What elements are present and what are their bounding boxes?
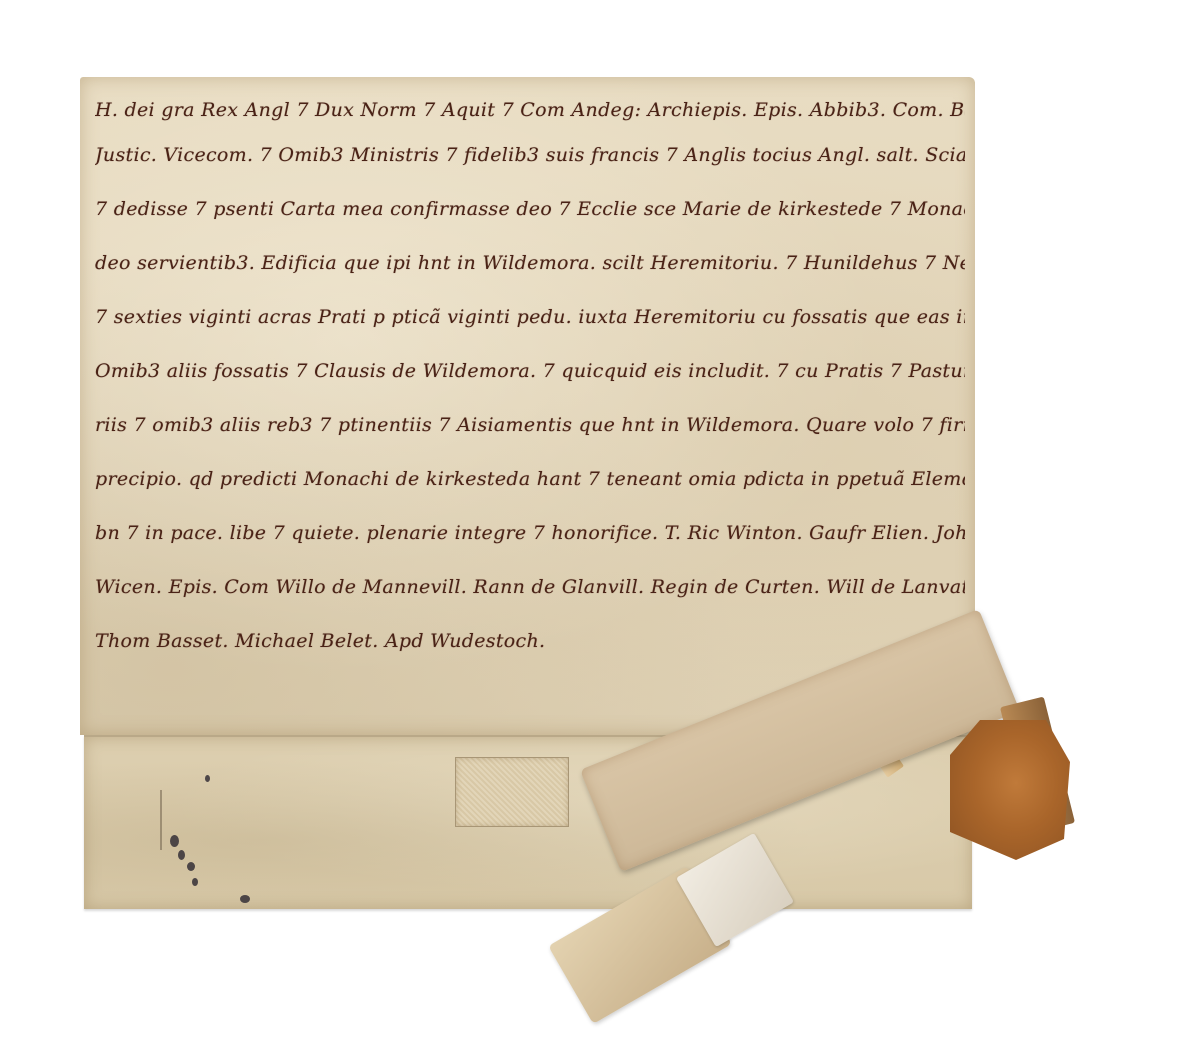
charter-line-6: Omib3 aliis fossatis 7 Clausis de Wildem… (95, 344, 965, 398)
ink-stain (187, 862, 195, 871)
ink-stain (192, 878, 198, 886)
charter-line-10: Wicen. Epis. Com Willo de Mannevill. Ran… (95, 560, 965, 614)
charter-line-7: riis 7 omib3 aliis reb3 7 ptinentiis 7 A… (95, 398, 965, 452)
charter-text: H. dei gra Rex Angl 7 Dux Norm 7 Aquit 7… (95, 80, 965, 668)
charter-line-4: deo servientib3. Edificia que ipi hnt in… (95, 236, 965, 290)
charter-line-3: 7 dedisse 7 psenti Carta mea confirmasse… (95, 182, 965, 236)
charter-line-11: Thom Basset. Michael Belet. Apd Wudestoc… (95, 614, 965, 668)
ink-stain (240, 895, 250, 903)
ink-stain (178, 850, 185, 860)
charter-line-1: H. dei gra Rex Angl 7 Dux Norm 7 Aquit 7… (95, 80, 965, 128)
wax-seal-fragment (950, 720, 1070, 860)
charter-line-8: precipio. qd predicti Monachi de kirkest… (95, 452, 965, 506)
charter-line-5: 7 sexties viginti acras Prati p pticã vi… (95, 290, 965, 344)
seal-tag-slot (455, 757, 569, 827)
charter-line-9: bn 7 in pace. libe 7 quiete. plenarie in… (95, 506, 965, 560)
ink-stain (205, 775, 210, 782)
charter-line-2: Justic. Vicecom. 7 Omib3 Ministris 7 fid… (95, 128, 965, 182)
ink-stain (170, 835, 179, 847)
endorsement-mark (160, 790, 162, 850)
